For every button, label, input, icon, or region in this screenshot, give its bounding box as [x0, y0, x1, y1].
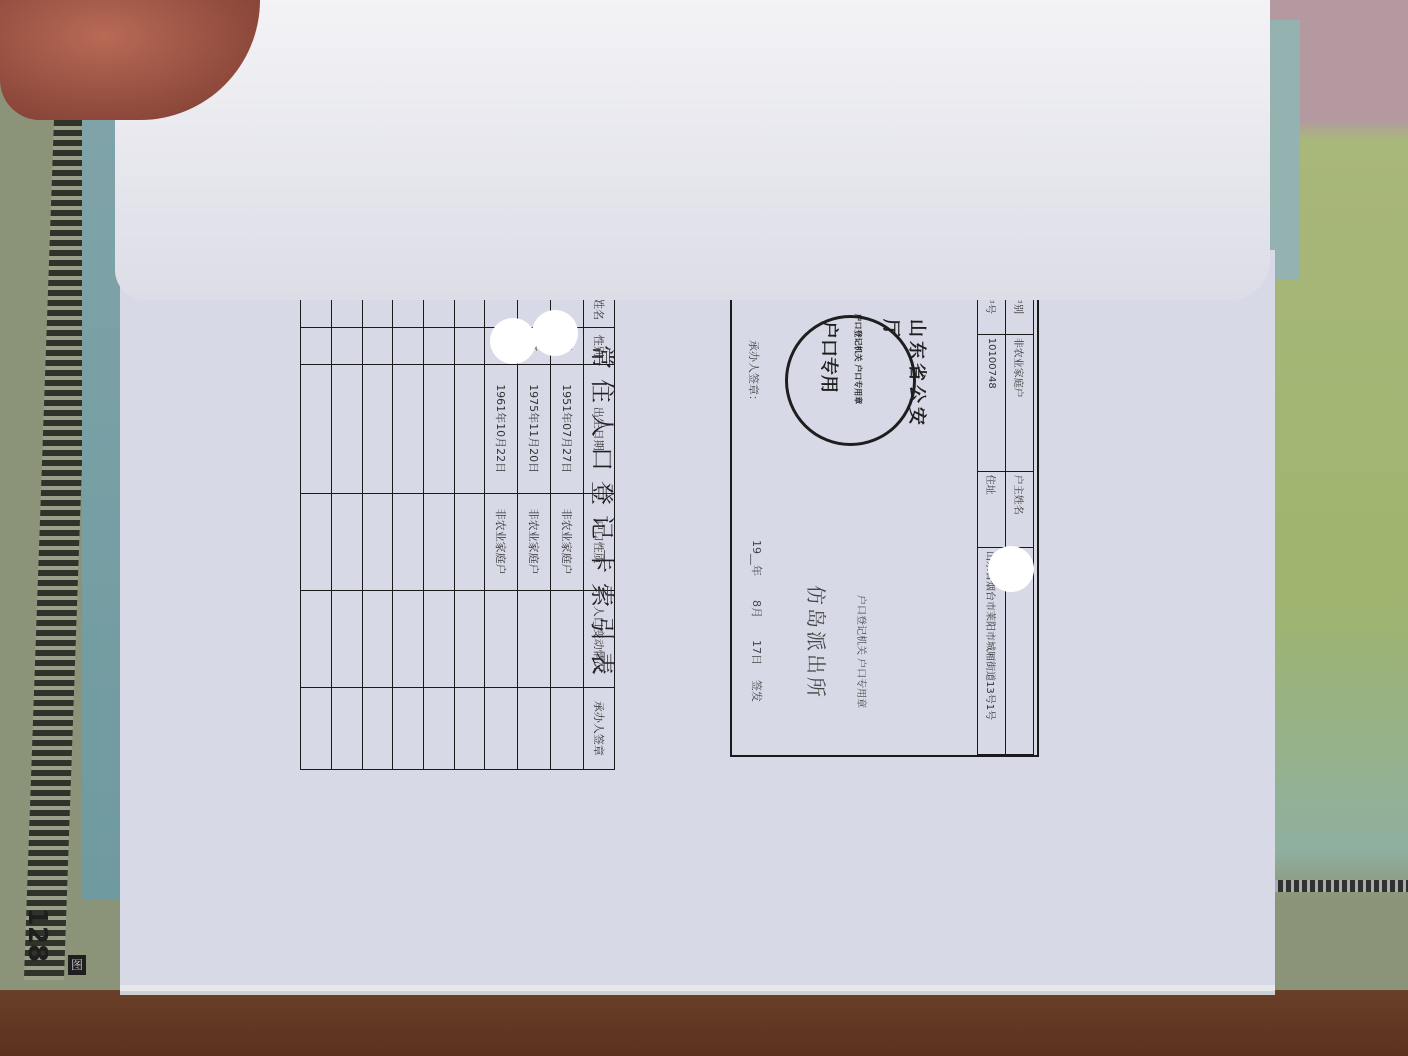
police-seal-stamp: 山东省公安厅 户口专用 户口登记机关 户口专用章 — [785, 315, 916, 446]
issue-month: 8月 — [749, 600, 765, 618]
lifted-page — [115, 0, 1270, 300]
document-page — [120, 250, 1275, 985]
handler-signature-label: 承办人签章： — [746, 340, 762, 406]
issue-suffix: 签发 — [749, 680, 765, 702]
label-head-name: 户主姓名 — [1006, 471, 1034, 547]
population-index-table: 姓名 性别 出生日期 户口性质 人口变动情况 承办人签章 男1951年07月27… — [300, 290, 615, 770]
value-household-no: 10100748 — [978, 334, 1006, 471]
atlas-page-mark: 图 — [68, 955, 86, 975]
label-address: 住址 — [978, 471, 1006, 547]
table-row: 男1951年07月27日非农业家庭户 — [551, 291, 584, 770]
redaction-dot — [490, 318, 536, 364]
value-household-type: 非农业家庭户 — [1006, 334, 1034, 471]
redaction-dot — [988, 546, 1034, 592]
atlas-page-number: 128 — [22, 908, 52, 962]
wooden-table — [0, 990, 1408, 1056]
issue-day: 17日 — [749, 640, 765, 665]
issue-year: 19__年 — [749, 540, 765, 576]
table-row: 女1975年11月20日非农业家庭户 — [518, 291, 551, 770]
issuing-station: 仿岛派出所 — [803, 585, 832, 700]
issuing-seal: 户口登记机关 户口专用章 — [855, 595, 870, 708]
redaction-dot — [532, 310, 578, 356]
index-table-title: 常住人口登记卡索引表 — [587, 345, 622, 775]
